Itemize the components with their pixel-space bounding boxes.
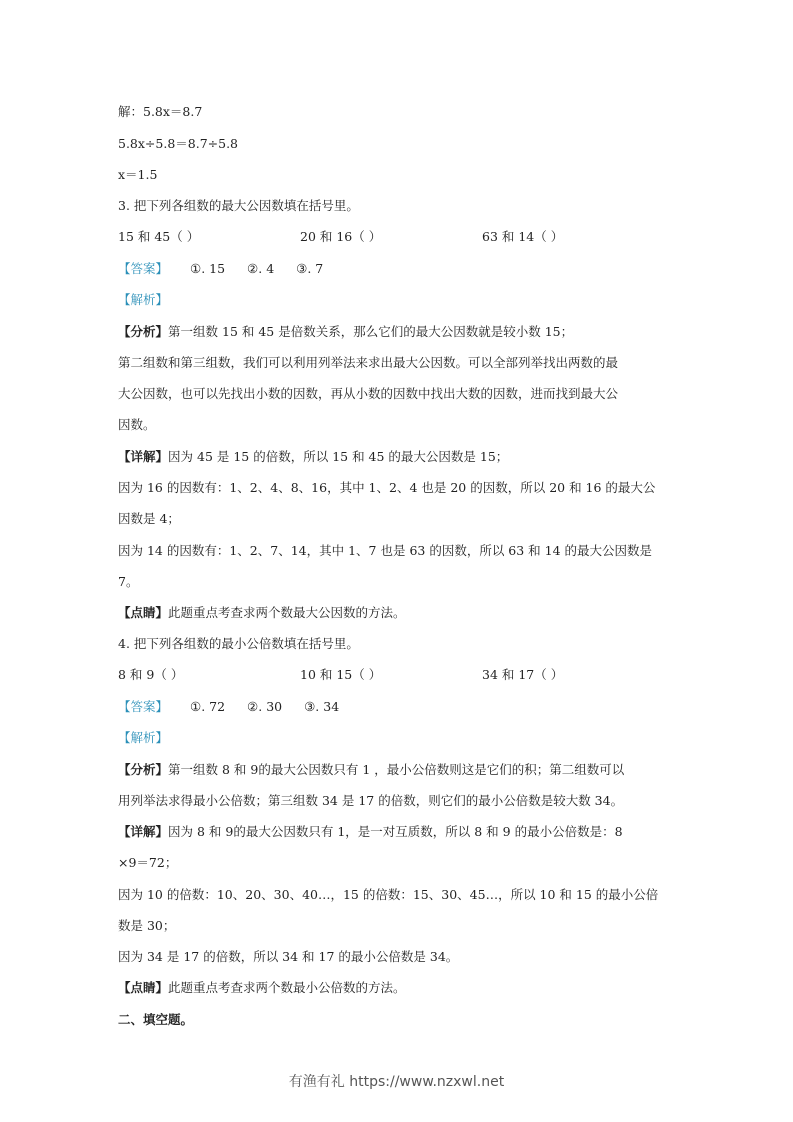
xiangjie-line: 因数是 4； — [118, 511, 180, 527]
footer-watermark: 有渔有礼 https://www.nzxwl.net — [0, 1071, 793, 1091]
xiangjie-line: 【详解】因为 8 和 9的最大公因数只有 1，是一对互质数，所以 8 和 9 的… — [118, 824, 623, 840]
blank-item: 34 和 17（ ） — [482, 667, 563, 683]
solution-line: 解：5.8x＝8.7 — [118, 104, 202, 120]
answer-item: ③. 34 — [304, 699, 339, 714]
xiangjie-line: 因为 14 的因数有：1、2、7、14，其中 1、7 也是 63 的因数，所以 … — [118, 543, 652, 559]
xiangjie-line: 数是 30； — [118, 918, 175, 934]
xiangjie-line: 因为 34 是 17 的倍数，所以 34 和 17 的最小公倍数是 34。 — [118, 949, 458, 965]
dianjing-tag: 【点睛】 — [118, 605, 168, 620]
fenxi-line: 因数。 — [118, 417, 156, 433]
question-3-answer: 【答案】 ①. 15 ②. 4 ③. 7 — [118, 261, 341, 277]
answer-item: ②. 4 — [247, 261, 274, 276]
section-title: 二、填空题。 — [118, 1012, 193, 1028]
analysis-tag: 【解析】 — [118, 292, 168, 308]
fenxi-line: 【分析】第一组数 15 和 45 是倍数关系，那么它们的最大公因数就是较小数 1… — [118, 324, 573, 340]
answer-item: ①. 72 — [190, 699, 225, 714]
answer-tag: 【答案】 — [118, 261, 168, 276]
xiangjie-line: 因为 16 的因数有：1、2、4、8、16，其中 1、2、4 也是 20 的因数… — [118, 480, 655, 496]
question-4-title: 4. 把下列各组数的最小公倍数填在括号里。 — [118, 636, 359, 652]
xiangjie-line: 7。 — [118, 574, 138, 590]
blank-item: 63 和 14（ ） — [482, 229, 563, 245]
fenxi-line: 【分析】第一组数 8 和 9的最大公因数只有 1 ，最小公倍数则这是它们的积；第… — [118, 762, 624, 778]
xiangjie-line: 【详解】因为 45 是 15 的倍数，所以 15 和 45 的最大公因数是 15… — [118, 449, 508, 465]
answer-tag: 【答案】 — [118, 699, 168, 714]
xiangjie-line: 因为 10 的倍数：10、20、30、40…，15 的倍数：15、30、45…，… — [118, 887, 658, 903]
fenxi-line: 用列举法求得最小公倍数；第三组数 34 是 17 的倍数，则它们的最小公倍数是较… — [118, 793, 623, 809]
analysis-tag: 【解析】 — [118, 730, 168, 746]
answer-item: ③. 7 — [296, 261, 323, 276]
solution-line: 5.8x÷5.8＝8.7÷5.8 — [118, 136, 238, 152]
blank-item: 10 和 15（ ） — [300, 667, 381, 683]
question-4-answer: 【答案】 ①. 72 ②. 30 ③. 34 — [118, 699, 357, 715]
solution-line: x＝1.5 — [118, 167, 157, 183]
fenxi-line: 大公因数，也可以先找出小数的因数，再从小数的因数中找出大数的因数，进而找到最大公 — [118, 386, 618, 402]
dianjing-line: 【点睛】此题重点考查求两个数最大公因数的方法。 — [118, 605, 406, 621]
dianjing-line: 【点睛】此题重点考查求两个数最小公倍数的方法。 — [118, 980, 406, 996]
question-3-title: 3. 把下列各组数的最大公因数填在括号里。 — [118, 198, 359, 214]
blank-item: 15 和 45（ ） — [118, 229, 199, 245]
blank-item: 8 和 9（ ） — [118, 667, 183, 683]
fenxi-line: 第二组数和第三组数，我们可以利用列举法来求出最大公因数。可以全部列举找出两数的最 — [118, 355, 618, 371]
fenxi-tag: 【分析】 — [118, 762, 168, 777]
fenxi-tag: 【分析】 — [118, 324, 168, 339]
blank-item: 20 和 16（ ） — [300, 229, 381, 245]
answer-item: ①. 15 — [190, 261, 225, 276]
xiangjie-line: ×9＝72； — [118, 855, 177, 871]
dianjing-tag: 【点睛】 — [118, 980, 168, 995]
xiangjie-tag: 【详解】 — [118, 824, 168, 839]
xiangjie-tag: 【详解】 — [118, 449, 168, 464]
answer-item: ②. 30 — [247, 699, 282, 714]
